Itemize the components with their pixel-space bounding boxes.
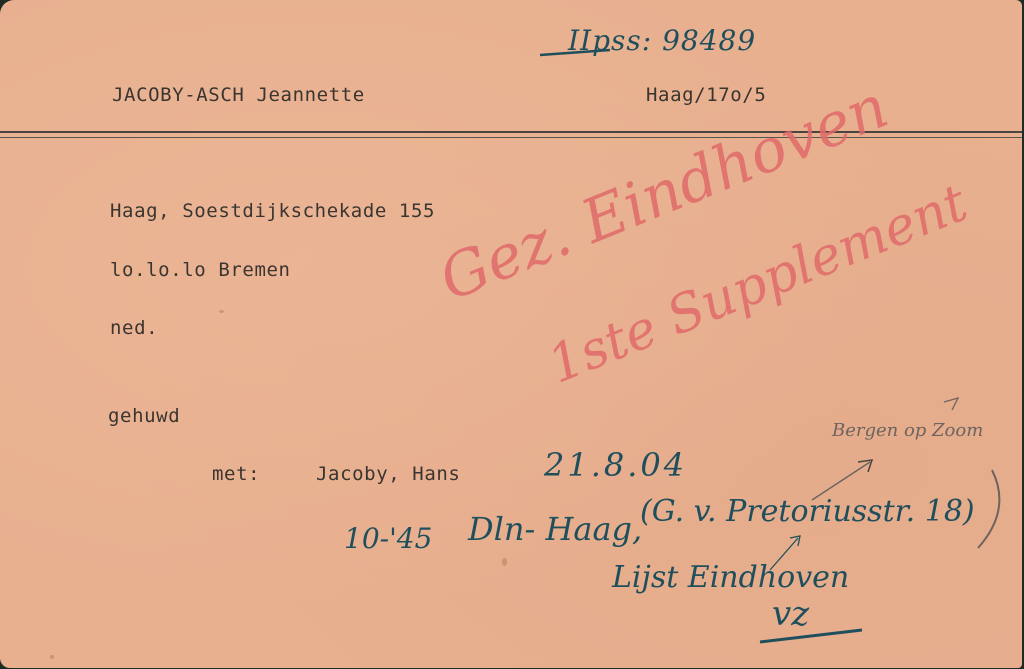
handwritten-move: Dln- Haag, bbox=[468, 510, 642, 548]
handwritten-list: Lijst Eindhoven bbox=[612, 560, 849, 595]
marital-status: gehuwd bbox=[108, 405, 180, 427]
spouse-birthdate: 21.8.04 bbox=[544, 446, 687, 484]
pencil-note: Bergen op Zoom bbox=[832, 420, 983, 441]
initials: vz bbox=[772, 594, 809, 634]
nationality-line: ned. bbox=[110, 317, 158, 339]
stain bbox=[502, 558, 507, 566]
registration-card: IIpss: 98489 JACOBY-ASCH Jeannette Haag/… bbox=[0, 0, 1022, 668]
person-name: JACOBY-ASCH Jeannette bbox=[112, 84, 365, 106]
handwritten-date: 10-'45 bbox=[344, 522, 432, 555]
stain bbox=[219, 310, 224, 313]
spouse-label: met: bbox=[212, 463, 260, 485]
birth-line: lo.lo.lo Bremen bbox=[110, 259, 291, 281]
handwritten-address: (G. v. Pretoriusstr. 18) bbox=[640, 494, 975, 529]
address-line: Haag, Soestdijkschekade 155 bbox=[110, 200, 435, 222]
stain bbox=[50, 655, 54, 659]
reference-code: Haag/17o/5 bbox=[646, 84, 766, 106]
handwritten-dossier-number: IIpss: 98489 bbox=[568, 24, 756, 57]
spouse-name: Jacoby, Hans bbox=[316, 463, 460, 485]
